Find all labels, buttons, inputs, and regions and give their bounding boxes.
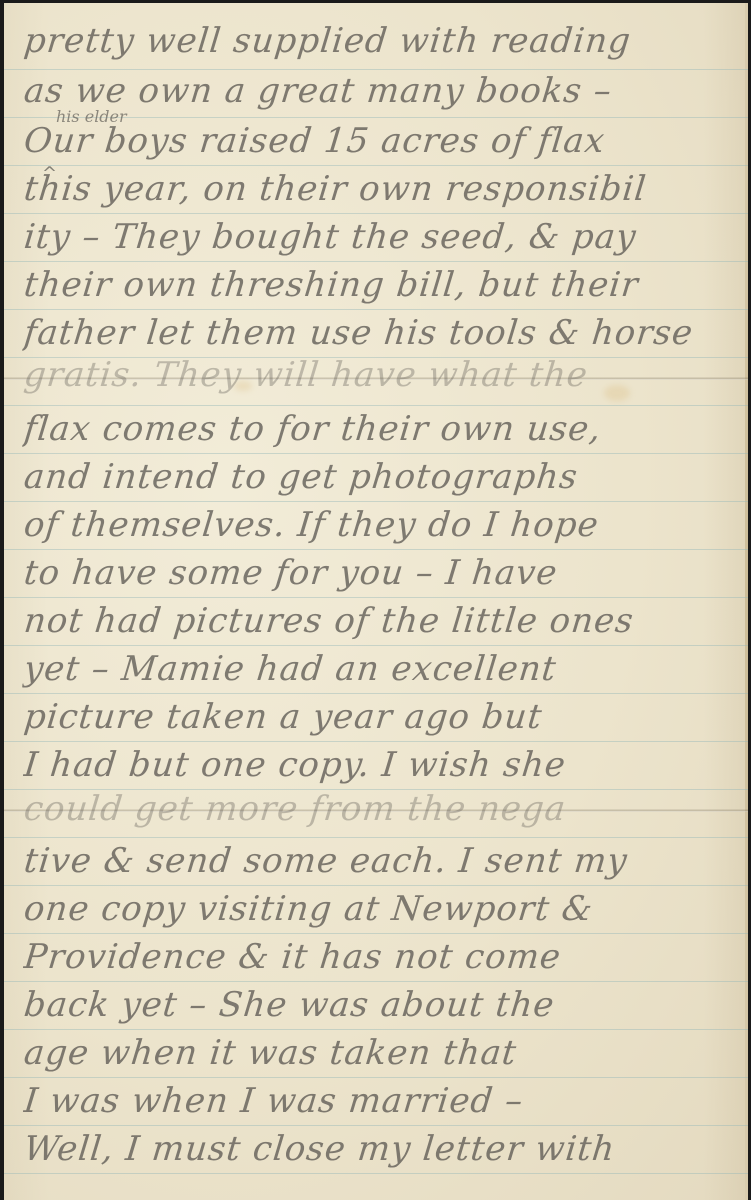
ruled-line [4,165,748,166]
text-line: gratis. They will have what the [22,355,746,395]
ruled-line [4,1125,748,1126]
text-line: as we own a great many books – [22,71,746,111]
ruled-line [4,1077,748,1078]
ruled-line [4,933,748,934]
text-line: picture taken a year ago but [22,697,746,737]
text-line: Providence & it has not come [22,937,746,977]
ruled-line [4,741,748,742]
text-line: and intend to get photographs [22,457,746,497]
ruled-line [4,309,748,310]
text-line: pretty well supplied with reading [22,21,746,61]
text-line: father let them use his tools & horse [22,313,746,353]
text-line: ity – They bought the seed, & pay [22,217,746,257]
text-line: I was when I was married – [22,1081,746,1121]
text-line: not had pictures of the little ones [22,601,746,641]
text-line: I had but one copy. I wish she [22,745,746,785]
ruled-line [4,549,748,550]
text-line: back yet – She was about the [22,985,746,1025]
ruled-line [4,981,748,982]
text-line: to have some for you – I have [22,553,746,593]
ruled-line [4,837,748,838]
text-line: Our boys raised 15 acres of flax [22,121,746,161]
text-line: of themselves. If they do I hope [22,505,746,545]
ruled-line [4,645,748,646]
ruled-line [4,885,748,886]
ruled-line [4,597,748,598]
text-line: flax comes to for their own use, [22,409,746,449]
text-line: age when it was taken that [22,1033,746,1073]
text-line: tive & send some each. I sent my [22,841,746,881]
ruled-line [4,693,748,694]
text-line: could get more from the nega [22,789,746,829]
ruled-line [4,261,748,262]
ruled-line [4,453,748,454]
text-line: their own threshing bill, but their [22,265,746,305]
ruled-line [4,405,748,406]
ruled-line [4,69,748,70]
text-line: this year, on their own responsibil [22,169,746,209]
ruled-line [4,213,748,214]
letter-page: his elder ^ pretty well supplied with re… [4,3,748,1200]
text-line: Well, I must close my letter with [22,1129,746,1169]
ruled-line [4,501,748,502]
ruled-line [4,1173,748,1174]
text-line: yet – Mamie had an excellent [22,649,746,689]
ruled-line [4,1029,748,1030]
text-line: one copy visiting at Newport & [22,889,746,929]
